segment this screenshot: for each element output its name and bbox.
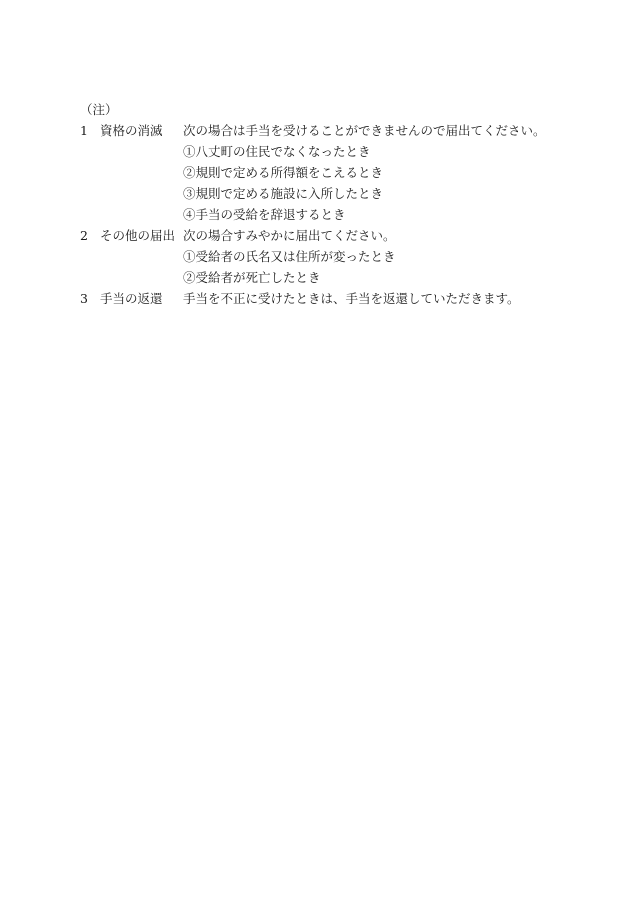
note-subitem: ②規則で定める所得額をこえるとき: [80, 163, 580, 183]
item-description: 手当を不正に受けたときは、手当を返還していただきます。: [183, 289, 520, 309]
note-subitem: ①八丈町の住民でなくなったとき: [80, 142, 580, 162]
subitem-text: ①八丈町の住民でなくなったとき: [183, 142, 371, 162]
item-description: 次の場合すみやかに届出てください。: [183, 226, 396, 246]
subitem-text: ②規則で定める所得額をこえるとき: [183, 163, 383, 183]
item-title: 資格の消滅: [100, 121, 182, 141]
item-number: 3: [80, 289, 94, 309]
item-number: 1: [80, 121, 94, 141]
notes-header: （注）: [80, 100, 118, 120]
subitem-text: ③規則で定める施設に入所したとき: [183, 184, 383, 204]
note-item-2: 2 その他の届出 次の場合すみやかに届出てください。: [80, 226, 580, 246]
note-subitem: ③規則で定める施設に入所したとき: [80, 184, 580, 204]
note-subitem: ②受給者が死亡したとき: [80, 268, 580, 288]
note-subitem: ①受給者の氏名又は住所が変ったとき: [80, 247, 580, 267]
note-item-3: 3 手当の返還 手当を不正に受けたときは、手当を返還していただきます。: [80, 289, 580, 309]
item-number: 2: [80, 226, 94, 246]
note-item-1: 1 資格の消滅 次の場合は手当を受けることができませんので届出てください。: [80, 121, 580, 141]
subitem-text: ①受給者の氏名又は住所が変ったとき: [183, 247, 396, 267]
item-title: 手当の返還: [100, 289, 182, 309]
subitem-text: ②受給者が死亡したとき: [183, 268, 321, 288]
subitem-text: ④手当の受給を辞退するとき: [183, 205, 346, 225]
note-subitem: ④手当の受給を辞退するとき: [80, 205, 580, 225]
item-title: その他の届出: [100, 226, 182, 246]
document-page: （注） 1 資格の消滅 次の場合は手当を受けることができませんので届出てください…: [0, 0, 630, 915]
item-description: 次の場合は手当を受けることができませんので届出てください。: [183, 121, 546, 141]
